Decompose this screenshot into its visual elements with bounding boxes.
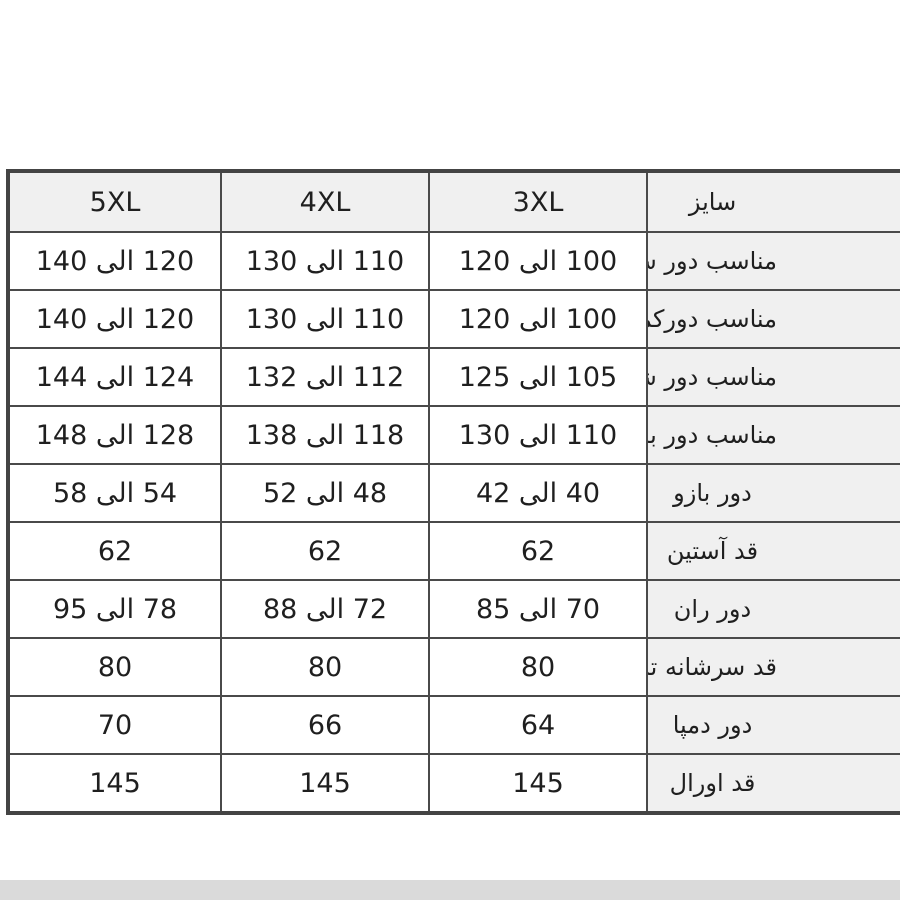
- row-label: دور بازو: [647, 464, 900, 522]
- cell-4xl: 72 الی 88: [221, 580, 429, 638]
- row-label: مناسب دورکمر: [647, 290, 900, 348]
- cell-3xl: 80: [429, 638, 647, 696]
- cell-5xl: 120 الی 140: [8, 232, 221, 290]
- cell-3xl: 40 الی 42: [429, 464, 647, 522]
- header-3xl: 3XL: [429, 171, 647, 232]
- row-label: مناسب دور باسن: [647, 406, 900, 464]
- cell-3xl: 100 الی 120: [429, 232, 647, 290]
- cell-3xl: 145: [429, 754, 647, 813]
- cell-3xl: 64: [429, 696, 647, 754]
- row-label: قد اورال: [647, 754, 900, 813]
- cell-5xl: 124 الی 144: [8, 348, 221, 406]
- table-row: 54 الی 58 48 الی 52 40 الی 42 دور بازو: [8, 464, 900, 522]
- row-label: دور دمپا: [647, 696, 900, 754]
- cell-5xl: 70: [8, 696, 221, 754]
- cell-4xl: 80: [221, 638, 429, 696]
- table-row: 120 الی 140 110 الی 130 100 الی 120 مناس…: [8, 290, 900, 348]
- cell-4xl: 110 الی 130: [221, 232, 429, 290]
- header-4xl: 4XL: [221, 171, 429, 232]
- cell-4xl: 62: [221, 522, 429, 580]
- header-size-label: سایز: [647, 171, 900, 232]
- table-row: 70 66 64 دور دمپا: [8, 696, 900, 754]
- cell-4xl: 112 الی 132: [221, 348, 429, 406]
- size-chart-table: 5XL 4XL 3XL سایز 120 الی 140 110 الی 130…: [6, 169, 900, 815]
- cell-3xl: 70 الی 85: [429, 580, 647, 638]
- cell-5xl: 80: [8, 638, 221, 696]
- row-label: قد آستین: [647, 522, 900, 580]
- table-row: 62 62 62 قد آستین: [8, 522, 900, 580]
- cell-4xl: 118 الی 138: [221, 406, 429, 464]
- header-5xl: 5XL: [8, 171, 221, 232]
- size-chart: 5XL 4XL 3XL سایز 120 الی 140 110 الی 130…: [6, 169, 900, 815]
- cell-5xl: 128 الی 148: [8, 406, 221, 464]
- table-row: 120 الی 140 110 الی 130 100 الی 120 مناس…: [8, 232, 900, 290]
- row-label: مناسب دور شکم: [647, 348, 900, 406]
- cell-4xl: 48 الی 52: [221, 464, 429, 522]
- cell-3xl: 100 الی 120: [429, 290, 647, 348]
- table-row: 80 80 80 قد سرشانه تا فاق: [8, 638, 900, 696]
- cell-5xl: 78 الی 95: [8, 580, 221, 638]
- cell-3xl: 62: [429, 522, 647, 580]
- bottom-gray-strip: [0, 880, 900, 900]
- cell-4xl: 110 الی 130: [221, 290, 429, 348]
- row-label: قد سرشانه تا فاق: [647, 638, 900, 696]
- row-label: مناسب دور سینه: [647, 232, 900, 290]
- row-label: دور ران: [647, 580, 900, 638]
- header-row: 5XL 4XL 3XL سایز: [8, 171, 900, 232]
- table-row: 124 الی 144 112 الی 132 105 الی 125 مناس…: [8, 348, 900, 406]
- table-row: 78 الی 95 72 الی 88 70 الی 85 دور ران: [8, 580, 900, 638]
- cell-3xl: 105 الی 125: [429, 348, 647, 406]
- cell-5xl: 145: [8, 754, 221, 813]
- cell-3xl: 110 الی 130: [429, 406, 647, 464]
- table-row: 145 145 145 قد اورال: [8, 754, 900, 813]
- table-row: 128 الی 148 118 الی 138 110 الی 130 مناس…: [8, 406, 900, 464]
- cell-5xl: 62: [8, 522, 221, 580]
- cell-4xl: 145: [221, 754, 429, 813]
- cell-4xl: 66: [221, 696, 429, 754]
- cell-5xl: 54 الی 58: [8, 464, 221, 522]
- cell-5xl: 120 الی 140: [8, 290, 221, 348]
